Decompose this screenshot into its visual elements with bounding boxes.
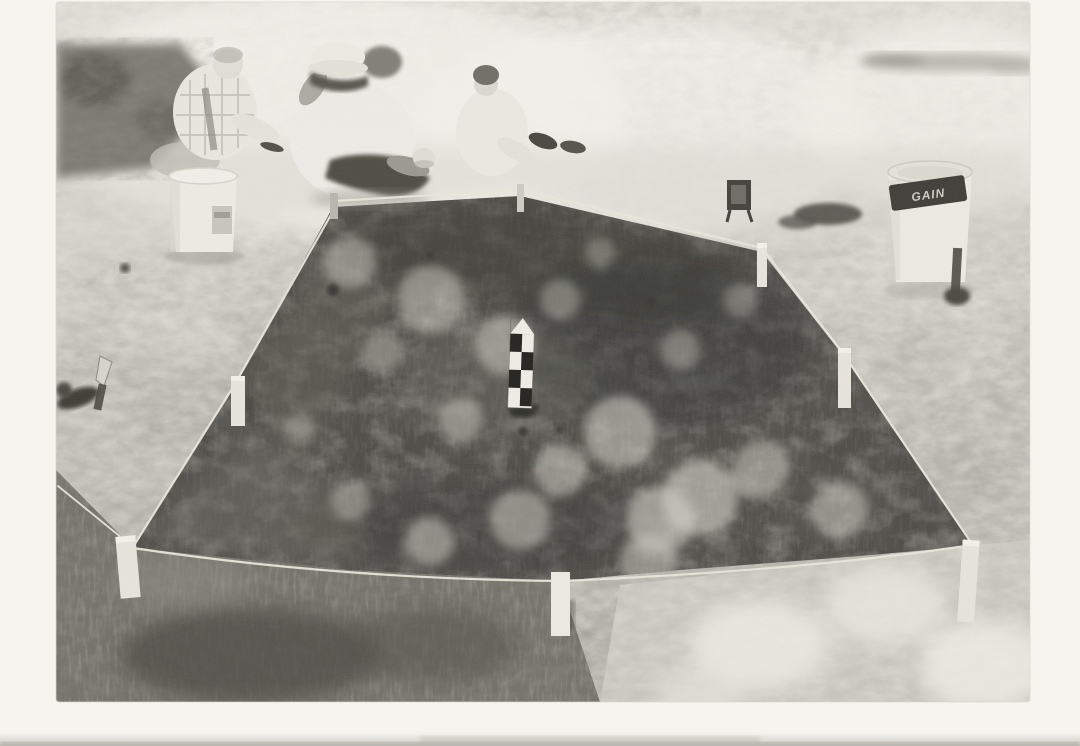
scanned-photo-page: GAIN <box>0 0 1080 746</box>
scan-smudge <box>0 732 1080 746</box>
film-grain <box>56 2 1030 702</box>
photo-print: GAIN <box>0 0 1080 723</box>
photo-canvas: GAIN <box>0 0 1080 746</box>
